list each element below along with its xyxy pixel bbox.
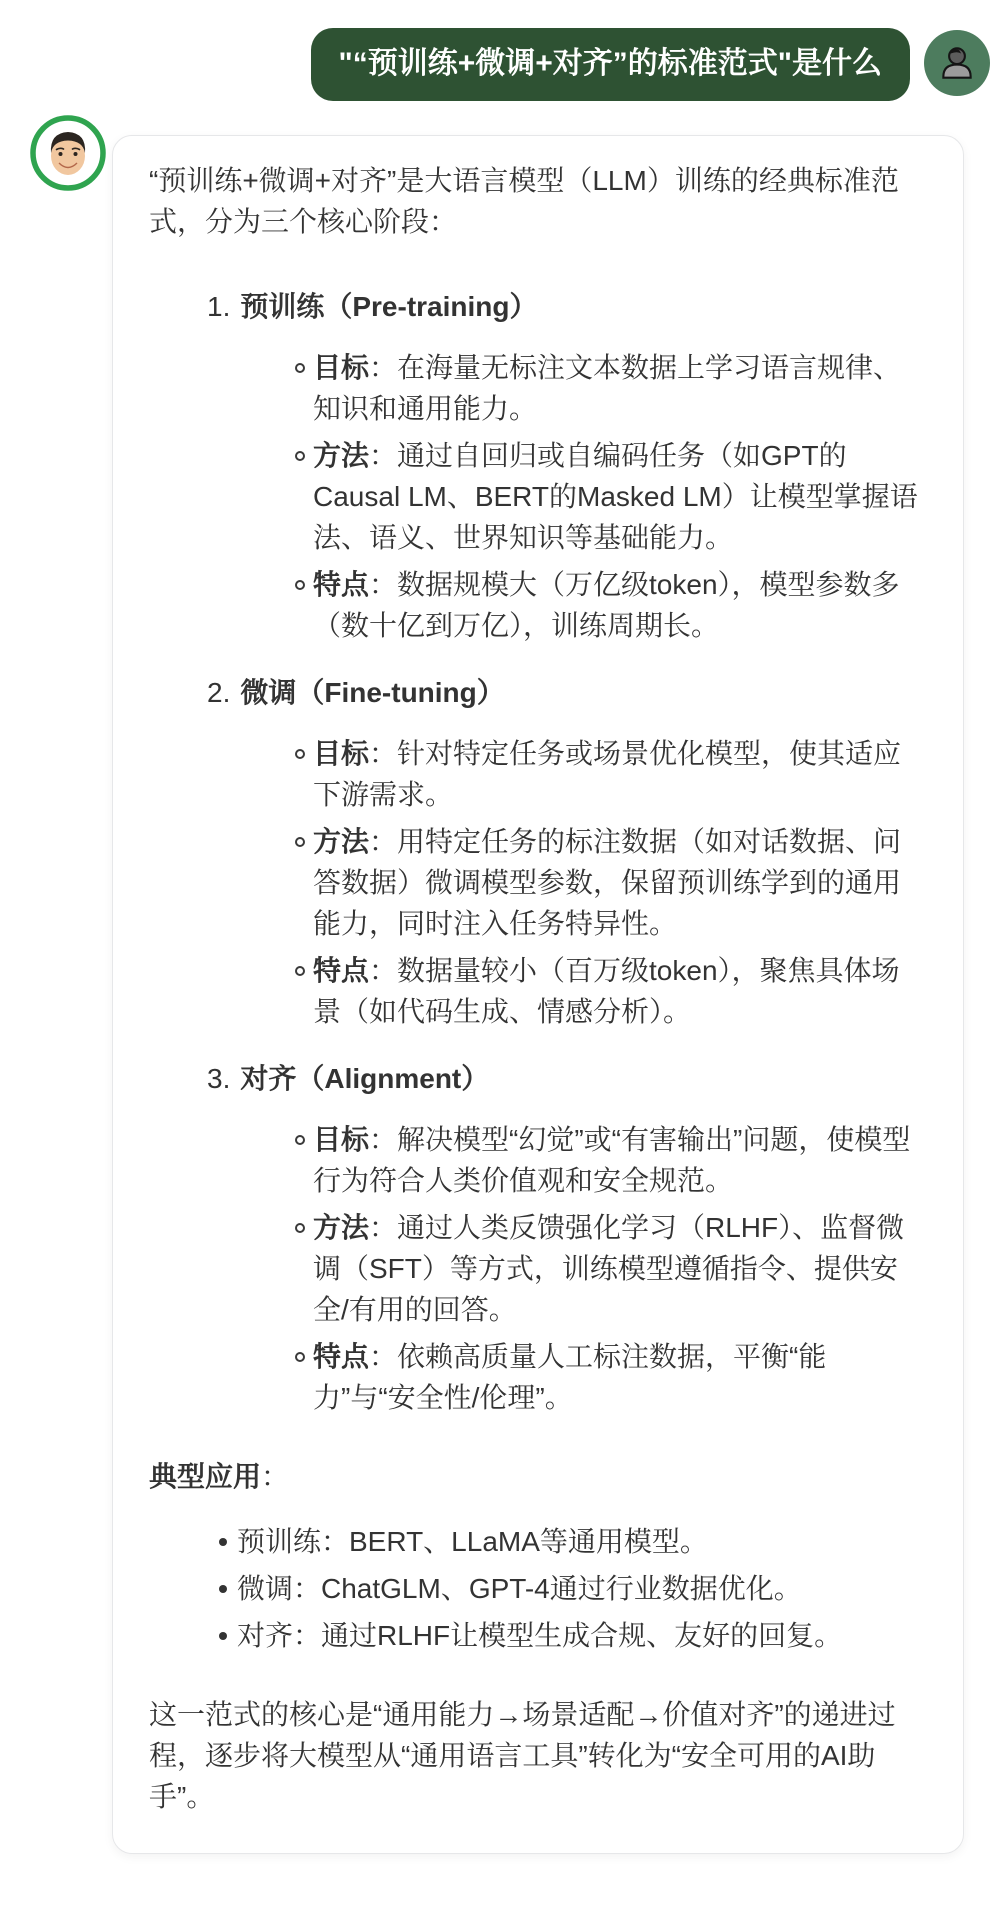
assistant-message-row: “预训练+微调+对齐”是大语言模型（LLM）训练的经典标准范式，分为三个核心阶段… xyxy=(30,135,964,1854)
circle-bullet-icon xyxy=(295,580,305,590)
point-text: ：在海量无标注文本数据上学习语言规律、知识和通用能力。 xyxy=(313,352,901,424)
circle-bullet-icon xyxy=(295,749,305,759)
circle-bullet-icon xyxy=(295,837,305,847)
intro-paragraph: “预训练+微调+对齐”是大语言模型（LLM）训练的经典标准范式，分为三个核心阶段… xyxy=(149,160,927,242)
smiling-man-photo-icon xyxy=(30,115,106,191)
point-item: 方法：用特定任务的标注数据（如对话数据、问答数据）微调模型参数，保留预训练学到的… xyxy=(295,821,927,944)
circle-bullet-icon xyxy=(295,1352,305,1362)
point-item: 特点：数据量较小（百万级token），聚焦具体场景（如代码生成、情感分析）。 xyxy=(295,950,927,1032)
point-text: ：针对特定任务或场景优化模型，使其适应下游需求。 xyxy=(313,738,901,810)
user-message-text: "“预训练+微调+对齐”的标准范式"是什么 xyxy=(339,47,883,80)
point-item: 特点：依赖高质量人工标注数据，平衡“能力”与“安全性/伦理”。 xyxy=(295,1336,927,1418)
assistant-avatar xyxy=(30,115,106,191)
dot-bullet-icon xyxy=(219,1585,227,1593)
application-text: 预训练：BERT、LLaMA等通用模型。 xyxy=(237,1521,708,1562)
point-text: ：数据规模大（万亿级token），模型参数多（数十亿到万亿），训练周期长。 xyxy=(313,569,900,641)
stage-name: 微调（Fine-tuning） xyxy=(240,677,504,708)
application-text: 对齐：通过RLHF让模型生成合规、友好的回复。 xyxy=(237,1615,842,1656)
stage-points: 目标：解决模型“幻觉”或“有害输出”问题，使模型行为符合人类价值观和安全规范。 … xyxy=(207,1119,927,1418)
application-item: 微调：ChatGLM、GPT-4通过行业数据优化。 xyxy=(219,1568,927,1609)
stage-number: 2. xyxy=(207,677,230,708)
circle-bullet-icon xyxy=(295,363,305,373)
point-text: ：解决模型“幻觉”或“有害输出”问题，使模型行为符合人类价值观和安全规范。 xyxy=(313,1124,910,1196)
stage-title-1: 1.预训练（Pre-training） xyxy=(207,286,927,327)
stage-item-1: 1.预训练（Pre-training） 目标：在海量无标注文本数据上学习语言规律… xyxy=(207,286,927,646)
user-message-row: "“预训练+微调+对齐”的标准范式"是什么 xyxy=(0,0,1000,101)
point-text: ：依赖高质量人工标注数据，平衡“能力”与“安全性/伦理”。 xyxy=(313,1341,826,1413)
applications-heading: 典型应用： xyxy=(149,1456,927,1497)
point-item: 特点：数据规模大（万亿级token），模型参数多（数十亿到万亿），训练周期长。 xyxy=(295,564,927,646)
stage-item-2: 2.微调（Fine-tuning） 目标：针对特定任务或场景优化模型，使其适应下… xyxy=(207,672,927,1032)
point-item: 方法：通过人类反馈强化学习（RLHF）、监督微调（SFT）等方式，训练模型遵循指… xyxy=(295,1207,927,1330)
point-label: 方法 xyxy=(313,826,369,857)
chat-page: "“预训练+微调+对齐”的标准范式"是什么 “预训 xyxy=(0,0,1000,1854)
dot-bullet-icon xyxy=(219,1538,227,1546)
point-label: 方法 xyxy=(313,440,369,471)
circle-bullet-icon xyxy=(295,966,305,976)
point-label: 目标 xyxy=(313,352,369,383)
point-text: ：通过人类反馈强化学习（RLHF）、监督微调（SFT）等方式，训练模型遵循指令、… xyxy=(313,1212,904,1325)
application-item: 预训练：BERT、LLaMA等通用模型。 xyxy=(219,1521,927,1562)
applications-heading-colon: ： xyxy=(261,1461,289,1492)
stage-item-3: 3.对齐（Alignment） 目标：解决模型“幻觉”或“有害输出”问题，使模型… xyxy=(207,1058,927,1418)
user-avatar xyxy=(924,30,990,96)
point-label: 目标 xyxy=(313,738,369,769)
point-text: ：数据量较小（百万级token），聚焦具体场景（如代码生成、情感分析）。 xyxy=(313,955,900,1027)
stage-name: 对齐（Alignment） xyxy=(240,1063,489,1094)
circle-bullet-icon xyxy=(295,451,305,461)
point-item: 目标：解决模型“幻觉”或“有害输出”问题，使模型行为符合人类价值观和安全规范。 xyxy=(295,1119,927,1201)
circle-bullet-icon xyxy=(295,1135,305,1145)
point-item: 目标：针对特定任务或场景优化模型，使其适应下游需求。 xyxy=(295,733,927,815)
application-text: 微调：ChatGLM、GPT-4通过行业数据优化。 xyxy=(237,1568,802,1609)
person-bust-icon xyxy=(936,42,978,84)
point-text: ：通过自回归或自编码任务（如GPT的Causal LM、BERT的Masked … xyxy=(313,440,918,553)
conclusion-paragraph: 这一范式的核心是“通用能力→场景适配→价值对齐”的递进过程，逐步将大模型从“通用… xyxy=(149,1694,927,1817)
stage-number: 1. xyxy=(207,291,230,322)
applications-list: 预训练：BERT、LLaMA等通用模型。 微调：ChatGLM、GPT-4通过行… xyxy=(149,1521,927,1656)
dot-bullet-icon xyxy=(219,1632,227,1640)
stage-number: 3. xyxy=(207,1063,230,1094)
point-label: 目标 xyxy=(313,1124,369,1155)
stage-name: 预训练（Pre-training） xyxy=(240,291,537,322)
stages-list: 1.预训练（Pre-training） 目标：在海量无标注文本数据上学习语言规律… xyxy=(149,286,927,1418)
stage-title-3: 3.对齐（Alignment） xyxy=(207,1058,927,1099)
point-item: 目标：在海量无标注文本数据上学习语言规律、知识和通用能力。 xyxy=(295,347,927,429)
point-text: ：用特定任务的标注数据（如对话数据、问答数据）微调模型参数，保留预训练学到的通用… xyxy=(313,826,901,939)
applications-heading-label: 典型应用 xyxy=(149,1461,261,1492)
point-label: 特点 xyxy=(313,955,369,986)
stage-title-2: 2.微调（Fine-tuning） xyxy=(207,672,927,713)
stage-points: 目标：针对特定任务或场景优化模型，使其适应下游需求。 方法：用特定任务的标注数据… xyxy=(207,733,927,1032)
point-label: 特点 xyxy=(313,1341,369,1372)
point-label: 方法 xyxy=(313,1212,369,1243)
point-item: 方法：通过自回归或自编码任务（如GPT的Causal LM、BERT的Maske… xyxy=(295,435,927,558)
stage-points: 目标：在海量无标注文本数据上学习语言规律、知识和通用能力。 方法：通过自回归或自… xyxy=(207,347,927,646)
circle-bullet-icon xyxy=(295,1223,305,1233)
assistant-message-card: “预训练+微调+对齐”是大语言模型（LLM）训练的经典标准范式，分为三个核心阶段… xyxy=(112,135,964,1854)
application-item: 对齐：通过RLHF让模型生成合规、友好的回复。 xyxy=(219,1615,927,1656)
user-message-bubble: "“预训练+微调+对齐”的标准范式"是什么 xyxy=(311,28,911,101)
point-label: 特点 xyxy=(313,569,369,600)
